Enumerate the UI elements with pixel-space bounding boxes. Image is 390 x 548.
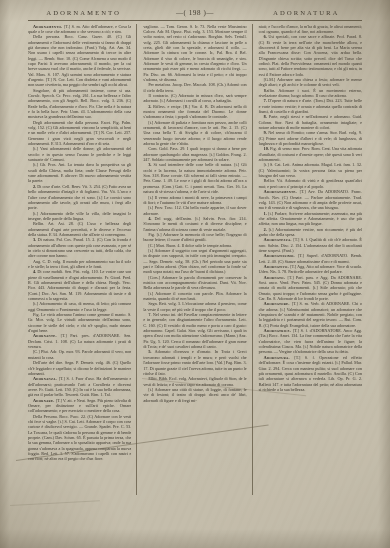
sense-number: 9. <box>264 130 269 135</box>
entry-paragraph: Adornatore. [T.] S. m. Verb. di ADORNARE… <box>259 301 362 328</box>
paragraph: Aug. C. D. volg. Il mondo per adornament… <box>28 259 131 270</box>
paragraph: 3. Di natura. Pal. Cos. Parad. 15. 2. (C… <box>28 237 131 258</box>
paragraph: 3. Si suol intendere delle cose belle di… <box>143 162 246 194</box>
column-3: niati; e l'uccello d'amor, la m'ha di gr… <box>252 24 362 495</box>
paragraph: Dell'arte del dire. Segn. P. Demetr. vol… <box>28 360 131 376</box>
paragraph: Fig. Le virtù adornano l'animo come gemm… <box>28 312 131 333</box>
paragraph: 1. [t.] Parlare, Scrivere adornatamente;… <box>259 211 362 227</box>
sense-number: 1. <box>264 211 269 216</box>
sense-number: 4. <box>148 216 154 221</box>
entry-headword: Adornatamente. <box>264 189 300 194</box>
sense-number: 8. <box>264 114 269 119</box>
sense-number: 2. <box>264 227 269 232</box>
entry-headword: Adornatura. <box>264 355 295 360</box>
paragraph: [t.] Adornare una città di statue, di lo… <box>143 387 246 403</box>
paper-crease <box>10 500 100 506</box>
sense-number: 4. <box>33 269 37 274</box>
entry-headword: Adornare. <box>33 398 56 403</box>
paragraph: Il contrario. (C) Adornato in misura d'o… <box>143 93 246 104</box>
entry-paragraph: Adornante. [T.] Part. pres. d'ADORNARE. … <box>28 333 131 349</box>
paragraph: Segn. Rett. volg. 3. L'elocuzione adorna… <box>143 301 246 312</box>
paragraph: 5. Adornato d'orrezza e d'ornato. In Tro… <box>143 349 246 376</box>
entry-headword: Adornatissimo. <box>264 253 298 258</box>
paragraph: Com. Gold. Pass. 29. I quali troppo si d… <box>143 146 246 162</box>
entry-headword: Adornato. <box>264 275 288 280</box>
paragraph: [t.] Gh. Pros. Ant. La tenuta dava la pr… <box>28 162 131 183</box>
entry-headword: Adornante. <box>33 333 61 338</box>
paragraph: Degli adornamenti che dalla persona. Eso… <box>28 120 131 147</box>
paragraph: [t.] Adornare di pulizia e fornitura non… <box>143 120 246 147</box>
sense-number: 2. <box>33 184 37 189</box>
entry-headword: Adornativo. <box>264 264 291 269</box>
paragraph: [Cors.] Adornare la parola d'ornamenti p… <box>143 275 246 291</box>
text-block: ADORNAMENTO —( 198 )— ADORNATURA Adornam… <box>28 9 362 495</box>
entry-paragraph: Adornato. [T.] Part. pass. e Agg. Da ADO… <box>259 275 362 302</box>
paragraph: [C.] Plut. Adr. Op. mor. 93. Parole ador… <box>28 349 131 360</box>
entry-paragraph: Adornatura. [T.] S. f. Operazione ed eff… <box>259 355 362 392</box>
paragraph: 9. Nel senso di Fornito; come s'arma. St… <box>259 130 362 146</box>
paragraph: Bellor. Vit. Adornato di virtù e di gent… <box>259 178 362 189</box>
entry-paragraph: Adornatissimo. [T.] Superl. d'ADORNATO. … <box>259 253 362 264</box>
sense-number: 2. <box>148 104 153 109</box>
paragraph: 8. Parte, negli stessi e nell'adornarsi … <box>259 114 362 130</box>
entry-paragraph: Adornativo. [T.] Agg. Atto ad adornare. … <box>259 264 362 275</box>
paragraph: niati; e l'uccello d'amor, la m'ha di gr… <box>259 24 362 35</box>
paragraph: [t.] Adornare il soggetto con segni d'ar… <box>143 248 246 275</box>
paragraph: Della persona. Bocc. Canz. Guerr. 40. (C… <box>28 34 131 87</box>
entry-headword: Adornanza. <box>33 376 59 381</box>
entry-paragraph: Adornamento. [T.] S. m. Atto dell'adorna… <box>28 24 131 35</box>
entry-headword: Adornatore. <box>264 301 292 306</box>
paragraph: [t.] Prov. Tosc. 112. Chi bella vuole ap… <box>143 205 246 216</box>
paragraph: 7. D'opere di natura e d'arte. (Tom.) Di… <box>259 98 362 114</box>
paragraph: Bellin. Art. Ast. 28. (C) L'uso e bellez… <box>28 221 131 237</box>
scanned-page: ADORNAMENTO —( 198 )— ADORNATURA Adornam… <box>0 0 390 548</box>
entry-paragraph: Adornare. [T.] V. att. e Neut. Segn. Più… <box>28 398 131 414</box>
sense-number: 6. <box>264 34 269 39</box>
paragraph: Fig. [t.] Adornare la memoria di cose be… <box>143 232 246 243</box>
paragraph: Singolare, di più adornamenti insieme, c… <box>28 88 131 120</box>
paragraph: Raffin. Adornare i suoi. È un movimento … <box>259 88 362 99</box>
paragraph: T. Nel senso int. del Favellar compiacen… <box>143 312 246 349</box>
paragraph: 2. Di cose d'arte. Cell. Benv. Vit. 3. 2… <box>28 184 131 211</box>
entry-paragraph: Adornatezza. [T.] S. f. Qualità di ciò c… <box>259 237 362 253</box>
paragraph: 4. Del sogg. dell'anim. [t.] Salvin. Pro… <box>143 216 246 232</box>
paragraph: [t.] Il verno adorna i monti di neve, la… <box>143 195 246 206</box>
paragraph: [t.] Vani adornamenti delle donne; gli a… <box>28 146 131 162</box>
paragraph: 4. Di cose mobili. Sen. Pist. volg. 110.… <box>28 269 131 301</box>
paragraph: 2. [t.] Adornatamente vestire, non ricca… <box>259 227 362 238</box>
sense-number: 7. <box>264 98 268 103</box>
paragraph: Della Persona. Bocc. Pucc. 22. (C) Adorn… <box>28 414 131 462</box>
entry-headword: Adornatrice. <box>264 328 293 333</box>
paragraph: vagliono. — Tom. Geron. S. Ir. 73. Nella… <box>143 24 246 83</box>
running-head-right: ADORNATURA <box>251 10 362 17</box>
paragraph: [t.] Adornamento delle ville la villa, d… <box>28 211 131 222</box>
entry-paragraph: Adornatamente. [T.] Avv. Da ADORNATO. Fr… <box>259 189 362 210</box>
paragraph: 2. Rifless. e recipr. [R.] Var. il. B. D… <box>143 104 246 120</box>
column-2: vagliono. — Tom. Geron. S. Ir. 73. Nella… <box>136 24 246 495</box>
page-header: ADORNAMENTO —( 198 )— ADORNATURA <box>28 9 362 17</box>
paragraph: 10. Fig. di senso mor. Prov. Rom. Cent. … <box>259 146 362 162</box>
entry-paragraph: Adornanza. [T.] S. f. Fuor d'uso. Ha del… <box>28 376 131 397</box>
sense-number: 10. <box>264 146 270 151</box>
entry-headword: Adornatezza. <box>264 237 294 242</box>
sense-number: 5. <box>148 349 154 354</box>
text-columns: Adornamento. [T.] S. m. Atto dell'adorna… <box>28 20 362 495</box>
entry-paragraph: Adornatrice. [T.] S. f. d'ADORNATORE. An… <box>259 328 362 355</box>
paragraph: [t.] Adornare il concetto con parole. Pl… <box>143 291 246 302</box>
page-number: —( 198 )— <box>139 9 250 17</box>
paragraph: 6. Usi speciali, con cose sacre e affina… <box>259 34 362 77</box>
column-1: Adornamento. [T.] S. m. Atto dell'adorna… <box>28 24 131 495</box>
paragraph: Ellitt. Bibb. Eccl. volg. Adornatevi, fi… <box>143 376 246 387</box>
paragraph: [t.] S. Cat. Lett. Anima adornata. Magal… <box>259 162 362 178</box>
paragraph: Per metafora. Jacop. Dev. Maccab. 108. (… <box>143 82 246 93</box>
paragraph: [G.M.] Adornare una chiesa a festa; ador… <box>259 77 362 88</box>
entry-headword: Adornamento. <box>33 24 64 29</box>
sense-number: 3. <box>148 162 153 167</box>
sense-number: 3. <box>33 237 38 242</box>
running-head-left: ADORNAMENTO <box>28 10 139 17</box>
paragraph: [t.] Adornamento di casa, di mensa, di l… <box>28 301 131 312</box>
